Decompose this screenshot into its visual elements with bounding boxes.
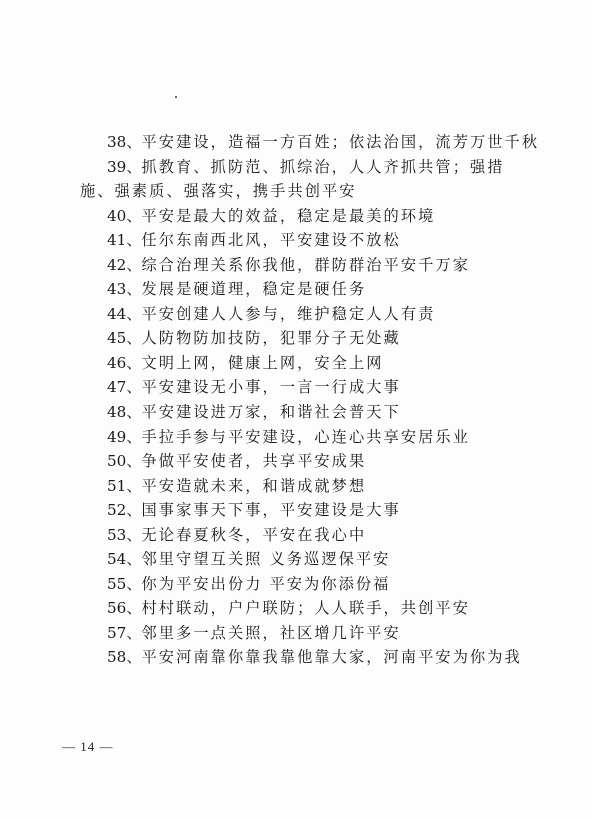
list-item-41: 41、任尔东南西北风，平安建设不放松 — [80, 228, 500, 253]
list-item-54: 54、邻里守望互关照 义务巡逻保平安 — [80, 547, 500, 572]
list-item-43: 43、发展是硬道理，稳定是硬任务 — [80, 277, 500, 302]
list-item-44: 44、平安创建人人参与，维护稳定人人有责 — [80, 302, 500, 327]
list-item-57: 57、邻里多一点关照，社区增几许平安 — [80, 621, 500, 646]
slogan-list: 38、平安建设，造福一方百姓；依法治国，流芳万世千秋 39、抓教育、抓防范、抓综… — [80, 130, 500, 670]
scan-speck — [175, 96, 177, 98]
page-number: — 14 — — [62, 739, 114, 755]
list-item-55: 55、你为平安出份力 平安为你添份福 — [80, 572, 500, 597]
list-item-49: 49、手拉手参与平安建设，心连心共享安居乐业 — [80, 425, 500, 450]
list-item-48: 48、平安建设进万家，和谐社会普天下 — [80, 400, 500, 425]
list-item-40: 40、平安是最大的效益，稳定是最美的环境 — [80, 204, 500, 229]
list-item-52: 52、国事家事天下事，平安建设是大事 — [80, 498, 500, 523]
list-item-46: 46、文明上网，健康上网，安全上网 — [80, 351, 500, 376]
list-item-39: 39、抓教育、抓防范、抓综治，人人齐抓共管；强措 — [80, 155, 500, 180]
list-item-53: 53、无论春夏秋冬，平安在我心中 — [80, 523, 500, 548]
list-item-47: 47、平安建设无小事，一言一行成大事 — [80, 375, 500, 400]
list-item-39-continuation: 施、强素质、强落实，携手共创平安 — [80, 179, 500, 204]
list-item-58: 58、平安河南靠你靠我靠他靠大家，河南平安为你为我 — [80, 645, 500, 670]
list-item-56: 56、村村联动，户户联防；人人联手，共创平安 — [80, 596, 500, 621]
list-item-51: 51、平安造就未来，和谐成就梦想 — [80, 474, 500, 499]
list-item-50: 50、争做平安使者，共享平安成果 — [80, 449, 500, 474]
list-item-38: 38、平安建设，造福一方百姓；依法治国，流芳万世千秋 — [80, 130, 500, 155]
list-item-45: 45、人防物防加技防，犯罪分子无处藏 — [80, 326, 500, 351]
document-page: 38、平安建设，造福一方百姓；依法治国，流芳万世千秋 39、抓教育、抓防范、抓综… — [0, 0, 592, 819]
list-item-42: 42、综合治理关系你我他，群防群治平安千万家 — [80, 253, 500, 278]
